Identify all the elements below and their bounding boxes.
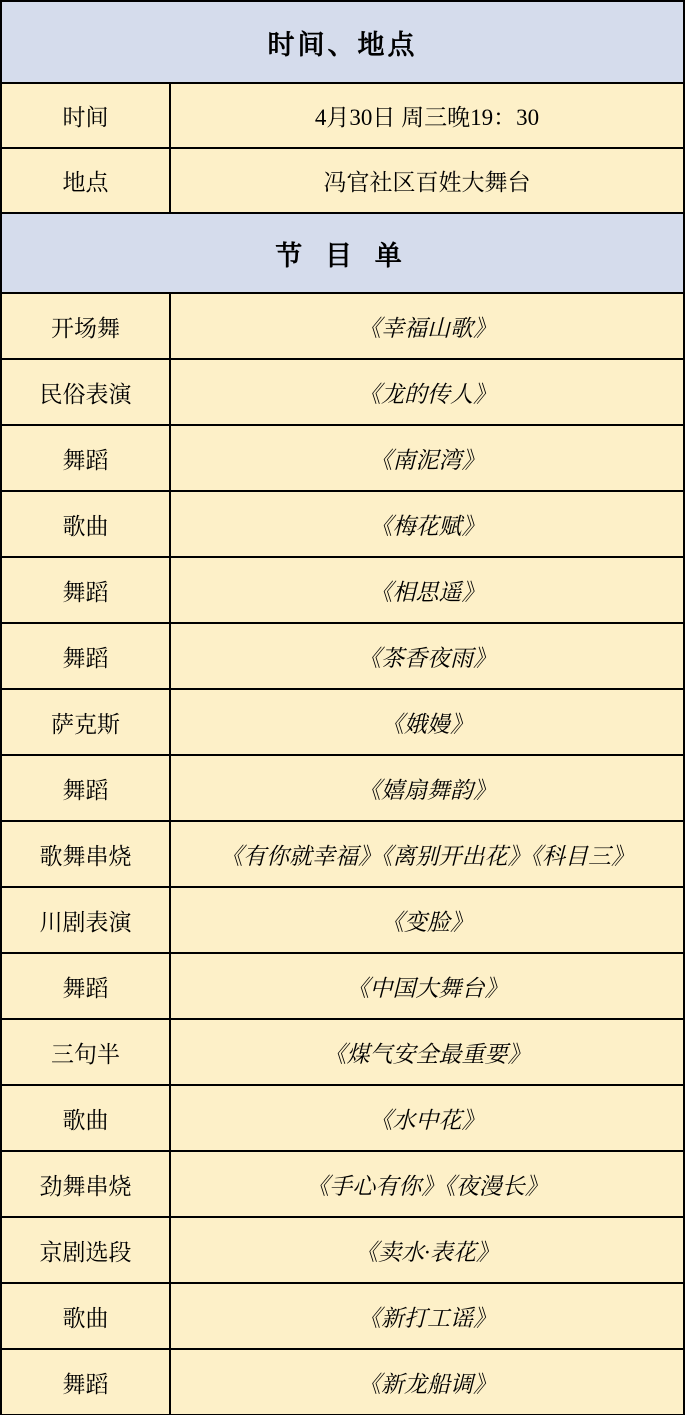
program-type-cell: 舞蹈 <box>1 623 170 689</box>
program-type-cell: 劲舞串烧 <box>1 1151 170 1217</box>
place-value: 冯官社区百姓大舞台 <box>170 148 684 213</box>
program-row: 三句半 《煤气安全最重要》 <box>1 1019 684 1085</box>
program-type-cell: 舞蹈 <box>1 425 170 491</box>
program-type-cell: 舞蹈 <box>1 755 170 821</box>
program-title-cell: 《梅花赋》 <box>170 491 684 557</box>
program-type-cell: 川剧表演 <box>1 887 170 953</box>
program-type-cell: 歌曲 <box>1 1283 170 1349</box>
program-title-cell: 《嬉扇舞韵》 <box>170 755 684 821</box>
program-row: 歌曲 《水中花》 <box>1 1085 684 1151</box>
section-header-program-list-label: 节 目 单 <box>1 213 684 293</box>
section-header-time-place-label: 时间、地点 <box>1 1 684 83</box>
program-row: 舞蹈 《嬉扇舞韵》 <box>1 755 684 821</box>
program-title-cell: 《茶香夜雨》 <box>170 623 684 689</box>
program-type-cell: 开场舞 <box>1 293 170 359</box>
program-title-cell: 《南泥湾》 <box>170 425 684 491</box>
program-title-cell: 《新龙船调》 <box>170 1349 684 1415</box>
info-row-time: 时间 4月30日 周三晚19：30 <box>1 83 684 148</box>
program-type-cell: 舞蹈 <box>1 953 170 1019</box>
program-title-cell: 《相思遥》 <box>170 557 684 623</box>
program-type-cell: 舞蹈 <box>1 557 170 623</box>
program-title-cell: 《煤气安全最重要》 <box>170 1019 684 1085</box>
program-type-cell: 京剧选段 <box>1 1217 170 1283</box>
program-title-cell: 《中国大舞台》 <box>170 953 684 1019</box>
program-type-cell: 歌曲 <box>1 1085 170 1151</box>
section-header-program-list: 节 目 单 <box>1 213 684 293</box>
program-row: 京剧选段 《卖水·表花》 <box>1 1217 684 1283</box>
program-row: 开场舞 《幸福山歌》 <box>1 293 684 359</box>
time-value: 4月30日 周三晚19：30 <box>170 83 684 148</box>
program-row: 劲舞串烧 《手心有你》《夜漫长》 <box>1 1151 684 1217</box>
program-row: 舞蹈 《相思遥》 <box>1 557 684 623</box>
program-type-cell: 萨克斯 <box>1 689 170 755</box>
program-type-cell: 歌曲 <box>1 491 170 557</box>
program-title-cell: 《娥嫚》 <box>170 689 684 755</box>
program-row: 舞蹈 《南泥湾》 <box>1 425 684 491</box>
program-title-cell: 《有你就幸福》《离别开出花》《科目三》 <box>170 821 684 887</box>
program-row: 歌曲 《梅花赋》 <box>1 491 684 557</box>
program-title-cell: 《水中花》 <box>170 1085 684 1151</box>
program-title-cell: 《变脸》 <box>170 887 684 953</box>
program-row: 萨克斯 《娥嫚》 <box>1 689 684 755</box>
program-title-cell: 《龙的传人》 <box>170 359 684 425</box>
program-title-cell: 《卖水·表花》 <box>170 1217 684 1283</box>
section-header-time-place: 时间、地点 <box>1 1 684 83</box>
time-label: 时间 <box>1 83 170 148</box>
program-type-cell: 舞蹈 <box>1 1349 170 1415</box>
program-type-cell: 歌舞串烧 <box>1 821 170 887</box>
program-title-cell: 《幸福山歌》 <box>170 293 684 359</box>
program-row: 歌曲 《新打工谣》 <box>1 1283 684 1349</box>
program-row: 舞蹈 《中国大舞台》 <box>1 953 684 1019</box>
program-row: 民俗表演 《龙的传人》 <box>1 359 684 425</box>
program-row: 舞蹈 《茶香夜雨》 <box>1 623 684 689</box>
program-row: 川剧表演 《变脸》 <box>1 887 684 953</box>
program-row: 舞蹈 《新龙船调》 <box>1 1349 684 1415</box>
program-type-cell: 民俗表演 <box>1 359 170 425</box>
program-type-cell: 三句半 <box>1 1019 170 1085</box>
program-schedule-table: 时间、地点 时间 4月30日 周三晚19：30 地点 冯官社区百姓大舞台 节 目… <box>0 0 685 1415</box>
info-row-place: 地点 冯官社区百姓大舞台 <box>1 148 684 213</box>
place-label: 地点 <box>1 148 170 213</box>
program-row: 歌舞串烧 《有你就幸福》《离别开出花》《科目三》 <box>1 821 684 887</box>
program-title-cell: 《手心有你》《夜漫长》 <box>170 1151 684 1217</box>
program-title-cell: 《新打工谣》 <box>170 1283 684 1349</box>
